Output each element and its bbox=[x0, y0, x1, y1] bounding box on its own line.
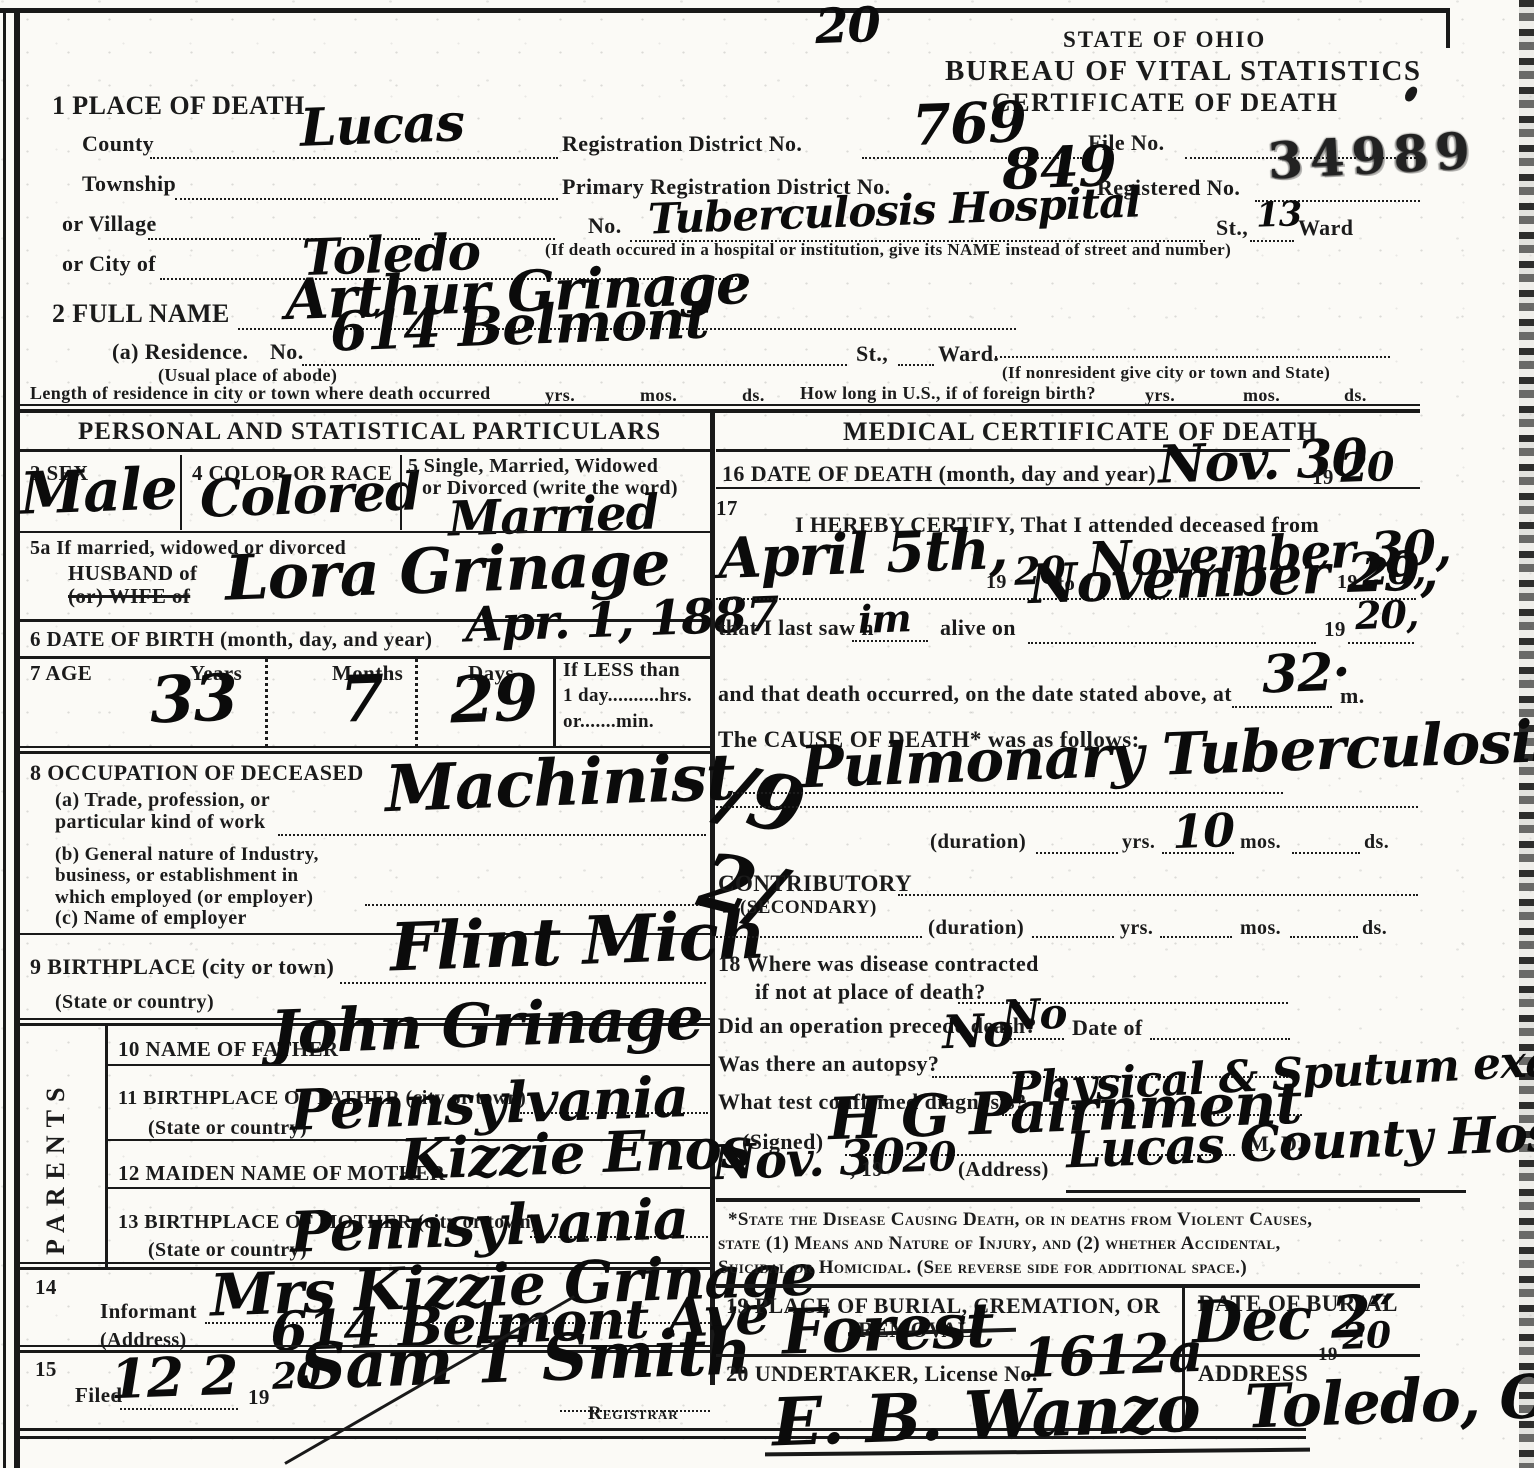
personal-title-rule bbox=[20, 449, 710, 452]
last-saw-year: 20, bbox=[1354, 595, 1418, 635]
death-certificate-scan: 20 STATE OF OHIO BUREAU OF VITAL STATIST… bbox=[0, 0, 1534, 1468]
father-state-label: (State or country) bbox=[148, 1118, 307, 1139]
mother-state-label: (State or country) bbox=[148, 1240, 307, 1261]
duration-label-1: (duration) bbox=[930, 830, 1026, 852]
sign-address-underline bbox=[1066, 1190, 1466, 1193]
death-occurred-label: and that death occurred, on the date sta… bbox=[718, 682, 1232, 705]
parents-divider bbox=[105, 1023, 108, 1268]
file-no-stamp: 34989 bbox=[1267, 121, 1479, 191]
duration1-yrs: yrs. bbox=[1122, 832, 1155, 853]
township-label: Township bbox=[82, 172, 176, 195]
bureau-title: BUREAU OF VITAL STATISTICS bbox=[945, 56, 1422, 86]
undertaker-address-value: Toledo, O. bbox=[1244, 1366, 1534, 1437]
rule-above-footnote bbox=[716, 1198, 1420, 1202]
margin-scribble-top: /9 bbox=[714, 753, 811, 848]
informant-number: 14 bbox=[35, 1276, 57, 1298]
registrar-label: Registrar bbox=[588, 1404, 679, 1424]
registration-district-label: Registration District No. bbox=[562, 132, 802, 155]
residence-value: 614 Belmont bbox=[329, 291, 709, 358]
duration2-mos-line bbox=[1160, 936, 1232, 938]
section-rule-thick bbox=[16, 409, 1420, 413]
dod-19: 19 bbox=[1312, 466, 1334, 488]
age-months-value: 7 bbox=[339, 667, 385, 732]
county-value: Lucas bbox=[299, 97, 465, 155]
mother-value: Kizzie Enos bbox=[399, 1120, 752, 1188]
race-value: Colored bbox=[199, 466, 421, 526]
less-than-label-3: or.......min. bbox=[563, 712, 654, 732]
father-value: John Grinage bbox=[269, 988, 704, 1063]
county-label: County bbox=[82, 132, 154, 155]
age-divider-2 bbox=[415, 658, 418, 748]
date-of-death-value: Nov. 30 bbox=[1157, 432, 1367, 491]
duration-label-2: (duration) bbox=[928, 916, 1024, 938]
ward-label: Ward bbox=[1298, 216, 1353, 239]
duration2-ds: ds. bbox=[1362, 918, 1387, 939]
duration2-ds-line bbox=[1290, 936, 1358, 938]
howlong-yrs: yrs. bbox=[1145, 386, 1175, 405]
age-divider-3 bbox=[553, 658, 556, 748]
nonresident-note: (If nonresident give city or town and St… bbox=[1002, 364, 1330, 382]
duration2-yrs: yrs. bbox=[1120, 918, 1153, 939]
sign-address-label: (Address) bbox=[958, 1158, 1049, 1180]
operation-date-label: Date of bbox=[1072, 1016, 1143, 1039]
occupation-a-label-2: particular kind of work bbox=[55, 812, 266, 833]
undertaker-value: E. B. Wanzo bbox=[771, 1375, 1201, 1456]
duration1-ds-line bbox=[1292, 852, 1360, 854]
filed-number: 15 bbox=[35, 1358, 57, 1380]
duration2-lead-line bbox=[712, 936, 922, 938]
sign-year-value: 20 bbox=[901, 1137, 956, 1179]
top-right-corner bbox=[1446, 8, 1450, 48]
section-place-of-death: 1 PLACE OF DEATH bbox=[52, 92, 305, 119]
sex-value: Male bbox=[19, 459, 178, 522]
date-of-death-label: 16 DATE OF DEATH (month, day and year) bbox=[722, 462, 1156, 485]
cause-line-2 bbox=[712, 806, 1418, 808]
residence-label: (a) Residence. bbox=[112, 340, 248, 363]
cause-value: Pulmonary Tuberculosis bbox=[799, 712, 1534, 797]
residence-no-label: No. bbox=[270, 340, 304, 363]
occupation-b-label-3: which employed (or employer) bbox=[55, 888, 313, 908]
age-years-value: 33 bbox=[149, 667, 238, 734]
duration1-ds: ds. bbox=[1364, 832, 1389, 853]
occupation-value: Machinist bbox=[384, 746, 736, 822]
personal-title: PERSONAL AND STATISTICAL PARTICULARS bbox=[78, 419, 661, 445]
last-saw-mid: alive on bbox=[940, 616, 1016, 639]
contributory-label: CONTRIBUTORY bbox=[718, 872, 912, 896]
occupation-a-label-1: (a) Trade, profession, or bbox=[55, 790, 270, 811]
parents-side-label: PARENTS bbox=[42, 1045, 69, 1255]
footnote-line-1: *State the Disease Causing Death, or in … bbox=[728, 1210, 1312, 1230]
last-saw-year-line bbox=[1348, 642, 1414, 644]
howlong-mos: mos. bbox=[1243, 386, 1280, 405]
age-days-value: 29 bbox=[449, 667, 538, 734]
dob-label: 6 DATE OF BIRTH (month, day, and year) bbox=[30, 628, 432, 650]
occupation-a-line bbox=[278, 834, 706, 836]
duration1-mos-value: 10 bbox=[1171, 807, 1235, 855]
last-saw-19: 19 bbox=[1324, 618, 1346, 640]
sign-address-value: Lucas County Hosp. bbox=[1065, 1107, 1534, 1176]
ink-blot bbox=[1403, 85, 1419, 104]
footnote-line-2: state (1) Means and Nature of Injury, an… bbox=[718, 1234, 1281, 1254]
howlong-ds: ds. bbox=[1344, 386, 1367, 405]
township-line bbox=[175, 198, 558, 200]
left-border-outer bbox=[3, 8, 6, 1468]
less-than-label-1: If LESS than bbox=[563, 660, 680, 681]
occupation-label: 8 OCCUPATION OF DECEASED bbox=[30, 761, 364, 784]
occupation-b-label-1: (b) General nature of Industry, bbox=[55, 845, 319, 865]
age-divider-1 bbox=[265, 658, 268, 748]
mother-label: 12 MAIDEN NAME OF MOTHER bbox=[118, 1162, 445, 1184]
death-time-m: m. bbox=[1340, 684, 1365, 707]
section-rule-thin bbox=[16, 404, 1420, 406]
st-label: St., bbox=[1216, 216, 1248, 239]
length-yrs: yrs. bbox=[545, 386, 575, 405]
rule-under-dod bbox=[716, 487, 1420, 489]
death-time-value: 32· bbox=[1261, 646, 1350, 701]
death-time-line bbox=[1232, 706, 1332, 708]
spouse-label-3: (or) WIFE of bbox=[68, 585, 190, 607]
top-border bbox=[0, 8, 1450, 13]
certificate-title: CERTIFICATE OF DEATH bbox=[992, 89, 1338, 116]
sex-race-divider bbox=[180, 455, 182, 530]
city-label: or City of bbox=[62, 252, 156, 275]
dod-year-value: 20 bbox=[1339, 447, 1394, 489]
village-label: or Village bbox=[62, 212, 157, 235]
length-ds: ds. bbox=[742, 386, 765, 405]
birthplace-label: 9 BIRTHPLACE (city or town) bbox=[30, 955, 334, 978]
full-name-label: 2 FULL NAME bbox=[52, 300, 230, 327]
last-saw-pre: that I last saw h bbox=[718, 616, 874, 639]
residence-ward-gap bbox=[898, 364, 934, 366]
residence-line bbox=[302, 364, 847, 366]
duration1-mos: mos. bbox=[1240, 832, 1281, 853]
marital-label-1: 5 Single, Married, Widowed bbox=[408, 456, 658, 477]
birthplace-value: Flint Mich bbox=[389, 901, 766, 980]
operation-date-line bbox=[1150, 1038, 1290, 1040]
less-than-label-2: 1 day..........hrs. bbox=[563, 686, 692, 706]
street-no-label: No. bbox=[588, 214, 622, 237]
filed-19: 19 bbox=[248, 1386, 270, 1408]
handwritten-year-note: 20 bbox=[814, 1, 880, 51]
filed-date-value: 12 2 bbox=[109, 1348, 238, 1406]
length-residence-label: Length of residence in city or town wher… bbox=[30, 384, 491, 403]
sign-19: , 19 bbox=[850, 1158, 883, 1180]
birthplace-state-label: (State or country) bbox=[55, 992, 214, 1013]
autopsy-label: Was there an autopsy? bbox=[718, 1052, 939, 1075]
secondary-label: (SECONDARY) bbox=[740, 898, 877, 918]
burial-date-year: 20 bbox=[1341, 1317, 1390, 1355]
how-long-label: How long in U.S., if of foreign birth? bbox=[800, 384, 1096, 403]
item-17: 17 bbox=[716, 497, 738, 519]
duration1-yrs-line bbox=[1036, 852, 1118, 854]
spouse-label-2: HUSBAND of bbox=[68, 562, 197, 584]
left-border-inner bbox=[14, 8, 20, 1468]
occupation-b-label-2: business, or establishment in bbox=[55, 866, 299, 886]
attended-from-19: 19 bbox=[986, 572, 1007, 593]
residence-ward-label: Ward. bbox=[938, 342, 999, 365]
contributory-line bbox=[898, 894, 1418, 896]
autopsy-value: No bbox=[941, 1007, 1013, 1055]
length-mos: mos. bbox=[640, 386, 677, 405]
occupation-c-label: (c) Name of employer bbox=[55, 908, 247, 929]
disease-contracted-label-2: if not at place of death? bbox=[755, 980, 986, 1003]
duration2-mos: mos. bbox=[1240, 918, 1281, 939]
residence-st-label: St., bbox=[856, 342, 888, 365]
race-marital-divider bbox=[400, 455, 402, 530]
ward-no-value: 13 bbox=[1255, 197, 1301, 233]
registrar-signature: Sam T Smith bbox=[299, 1320, 752, 1400]
age-label: 7 AGE bbox=[30, 662, 92, 684]
footnote-line-3: Suicidal or Homicidal. (See reverse side… bbox=[718, 1258, 1247, 1278]
informant-label: Informant bbox=[100, 1300, 197, 1322]
disease-contracted-label-1: 18 Where was disease contracted bbox=[718, 952, 1039, 975]
last-saw-him: im bbox=[857, 599, 911, 639]
county-line bbox=[150, 157, 558, 159]
nonresident-line bbox=[995, 356, 1390, 358]
ward-no-line bbox=[1250, 240, 1294, 242]
state-title: STATE OF OHIO bbox=[1063, 28, 1266, 52]
attended-from-value: April 5th, bbox=[717, 521, 1008, 587]
duration2-yrs-line bbox=[1032, 936, 1114, 938]
